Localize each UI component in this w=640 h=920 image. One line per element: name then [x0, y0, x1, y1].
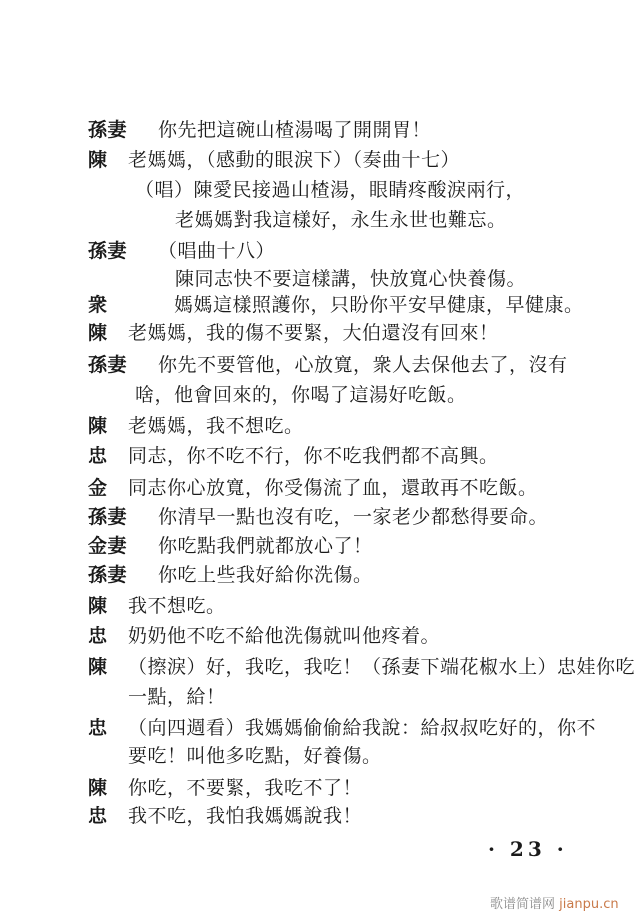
dialogue-text: 你吃上些我好給你洗傷。: [158, 560, 373, 590]
dialogue-line: 金同志你心放寬，你受傷流了血，還敢再不吃飯。: [88, 473, 538, 503]
speaker-name: 衆: [88, 290, 174, 320]
speaker-name: 陳: [88, 145, 128, 175]
dialogue-text: 我不吃，我怕我媽媽說我！: [128, 801, 362, 831]
page-number: · 23 ·: [488, 837, 568, 861]
dialogue-text: 老媽媽，（感動的眼淚下）（奏曲十七）: [128, 145, 460, 175]
speaker-name: 孫妻: [88, 236, 158, 266]
dialogue-line: 啥，他會回來的，你喝了這湯好吃飯。: [135, 380, 467, 410]
dialogue-line: 忠同志，你不吃不行，你不吃我們都不高興。: [88, 441, 499, 471]
speaker-name: 忠: [88, 713, 128, 743]
dialogue-line: 忠奶奶他不吃不給他洗傷就叫他疼着。: [88, 621, 440, 651]
dialogue-text: 你先不要管他，心放寬，衆人去保他去了，沒有: [158, 350, 568, 380]
dialogue-text: 我不想吃。: [128, 591, 226, 621]
speaker-name: 孫妻: [88, 560, 158, 590]
dialogue-line: 陳老媽媽，我不想吃。: [88, 411, 304, 441]
script-page: 孫妻你先把這碗山楂湯喝了開開胃！ 陳老媽媽，（感動的眼淚下）（奏曲十七） （唱）…: [0, 0, 640, 920]
dialogue-line: 孫妻（唱曲十八）: [88, 236, 275, 266]
dialogue-text: （唱）陳愛民接過山楂湯，眼睛疼酸淚兩行，: [135, 175, 525, 205]
dialogue-line: 陳老媽媽，（感動的眼淚下）（奏曲十七）: [88, 145, 460, 175]
dialogue-text: （向四週看）我媽媽偷偷給我說：給叔叔吃好的，你不: [128, 713, 596, 743]
dialogue-line: 陳我不想吃。: [88, 591, 226, 621]
dialogue-text: 一點，給！: [128, 682, 226, 712]
dialogue-line: （唱）陳愛民接過山楂湯，眼睛疼酸淚兩行，: [135, 175, 525, 205]
dialogue-line: 孫妻你先不要管他，心放寬，衆人去保他去了，沒有: [88, 350, 568, 380]
speaker-name: 陳: [88, 318, 128, 348]
dialogue-text: （唱曲十八）: [158, 236, 275, 266]
speaker-name: 忠: [88, 621, 128, 651]
dialogue-text: 同志你心放寬，你受傷流了血，還敢再不吃飯。: [128, 473, 538, 503]
watermark: 歌谱简谱网 jianpu.cn: [490, 893, 619, 912]
dialogue-text: 你吃點我們就都放心了！: [158, 531, 373, 561]
speaker-name: 陳: [88, 652, 128, 682]
speaker-name: 孫妻: [88, 502, 158, 532]
dialogue-text: 老媽媽對我這樣好，永生永世也難忘。: [175, 205, 507, 235]
watermark-cn: 歌谱简谱网: [490, 897, 555, 912]
dialogue-line: 衆媽媽這樣照護你，只盼你平安早健康，早健康。: [88, 290, 584, 320]
speaker-name: 金妻: [88, 531, 158, 561]
watermark-latin: jianpu.cn: [559, 897, 618, 912]
speaker-name: 孫妻: [88, 350, 158, 380]
speaker-name: 陳: [88, 591, 128, 621]
dialogue-line: 一點，給！: [128, 682, 226, 712]
dialogue-text: 你先把這碗山楂湯喝了開開胃！: [158, 115, 431, 145]
dialogue-text: 你清早一點也沒有吃，一家老少都愁得要命。: [158, 502, 548, 532]
speaker-name: 忠: [88, 801, 128, 831]
dialogue-text: 老媽媽，我的傷不要緊，大伯還沒有回來！: [128, 318, 499, 348]
speaker-name: 陳: [88, 411, 128, 441]
dialogue-line: 陳（擦淚）好，我吃，我吃！（孫妻下端花椒水上）忠娃你吃: [88, 652, 635, 682]
dialogue-line: 孫妻你先把這碗山楂湯喝了開開胃！: [88, 115, 431, 145]
speaker-name: 金: [88, 473, 128, 503]
dialogue-text: （擦淚）好，我吃，我吃！（孫妻下端花椒水上）忠娃你吃: [128, 652, 635, 682]
speaker-name: 忠: [88, 441, 128, 471]
dialogue-line: 陳你吃，不要緊，我吃不了！: [88, 773, 362, 803]
dialogue-text: 同志，你不吃不行，你不吃我們都不高興。: [128, 441, 499, 471]
speaker-name: 陳: [88, 773, 128, 803]
dialogue-text: 你吃，不要緊，我吃不了！: [128, 773, 362, 803]
dialogue-text: 媽媽這樣照護你，只盼你平安早健康，早健康。: [174, 290, 584, 320]
dialogue-line: 金妻你吃點我們就都放心了！: [88, 531, 373, 561]
dialogue-line: 孫妻你清早一點也沒有吃，一家老少都愁得要命。: [88, 502, 548, 532]
speaker-name: 孫妻: [88, 115, 158, 145]
dialogue-text: 奶奶他不吃不給他洗傷就叫他疼着。: [128, 621, 440, 651]
dialogue-text: 啥，他會回來的，你喝了這湯好吃飯。: [135, 380, 467, 410]
dialogue-line: 陳老媽媽，我的傷不要緊，大伯還沒有回來！: [88, 318, 499, 348]
dialogue-text: 老媽媽，我不想吃。: [128, 411, 304, 441]
dialogue-line: 孫妻你吃上些我好給你洗傷。: [88, 560, 373, 590]
dialogue-text: 要吃！叫他多吃點，好養傷。: [128, 741, 382, 771]
dialogue-line: 要吃！叫他多吃點，好養傷。: [128, 741, 382, 771]
dialogue-line: 老媽媽對我這樣好，永生永世也難忘。: [175, 205, 507, 235]
dialogue-line: 忠（向四週看）我媽媽偷偷給我說：給叔叔吃好的，你不: [88, 713, 596, 743]
dialogue-line: 忠我不吃，我怕我媽媽說我！: [88, 801, 362, 831]
